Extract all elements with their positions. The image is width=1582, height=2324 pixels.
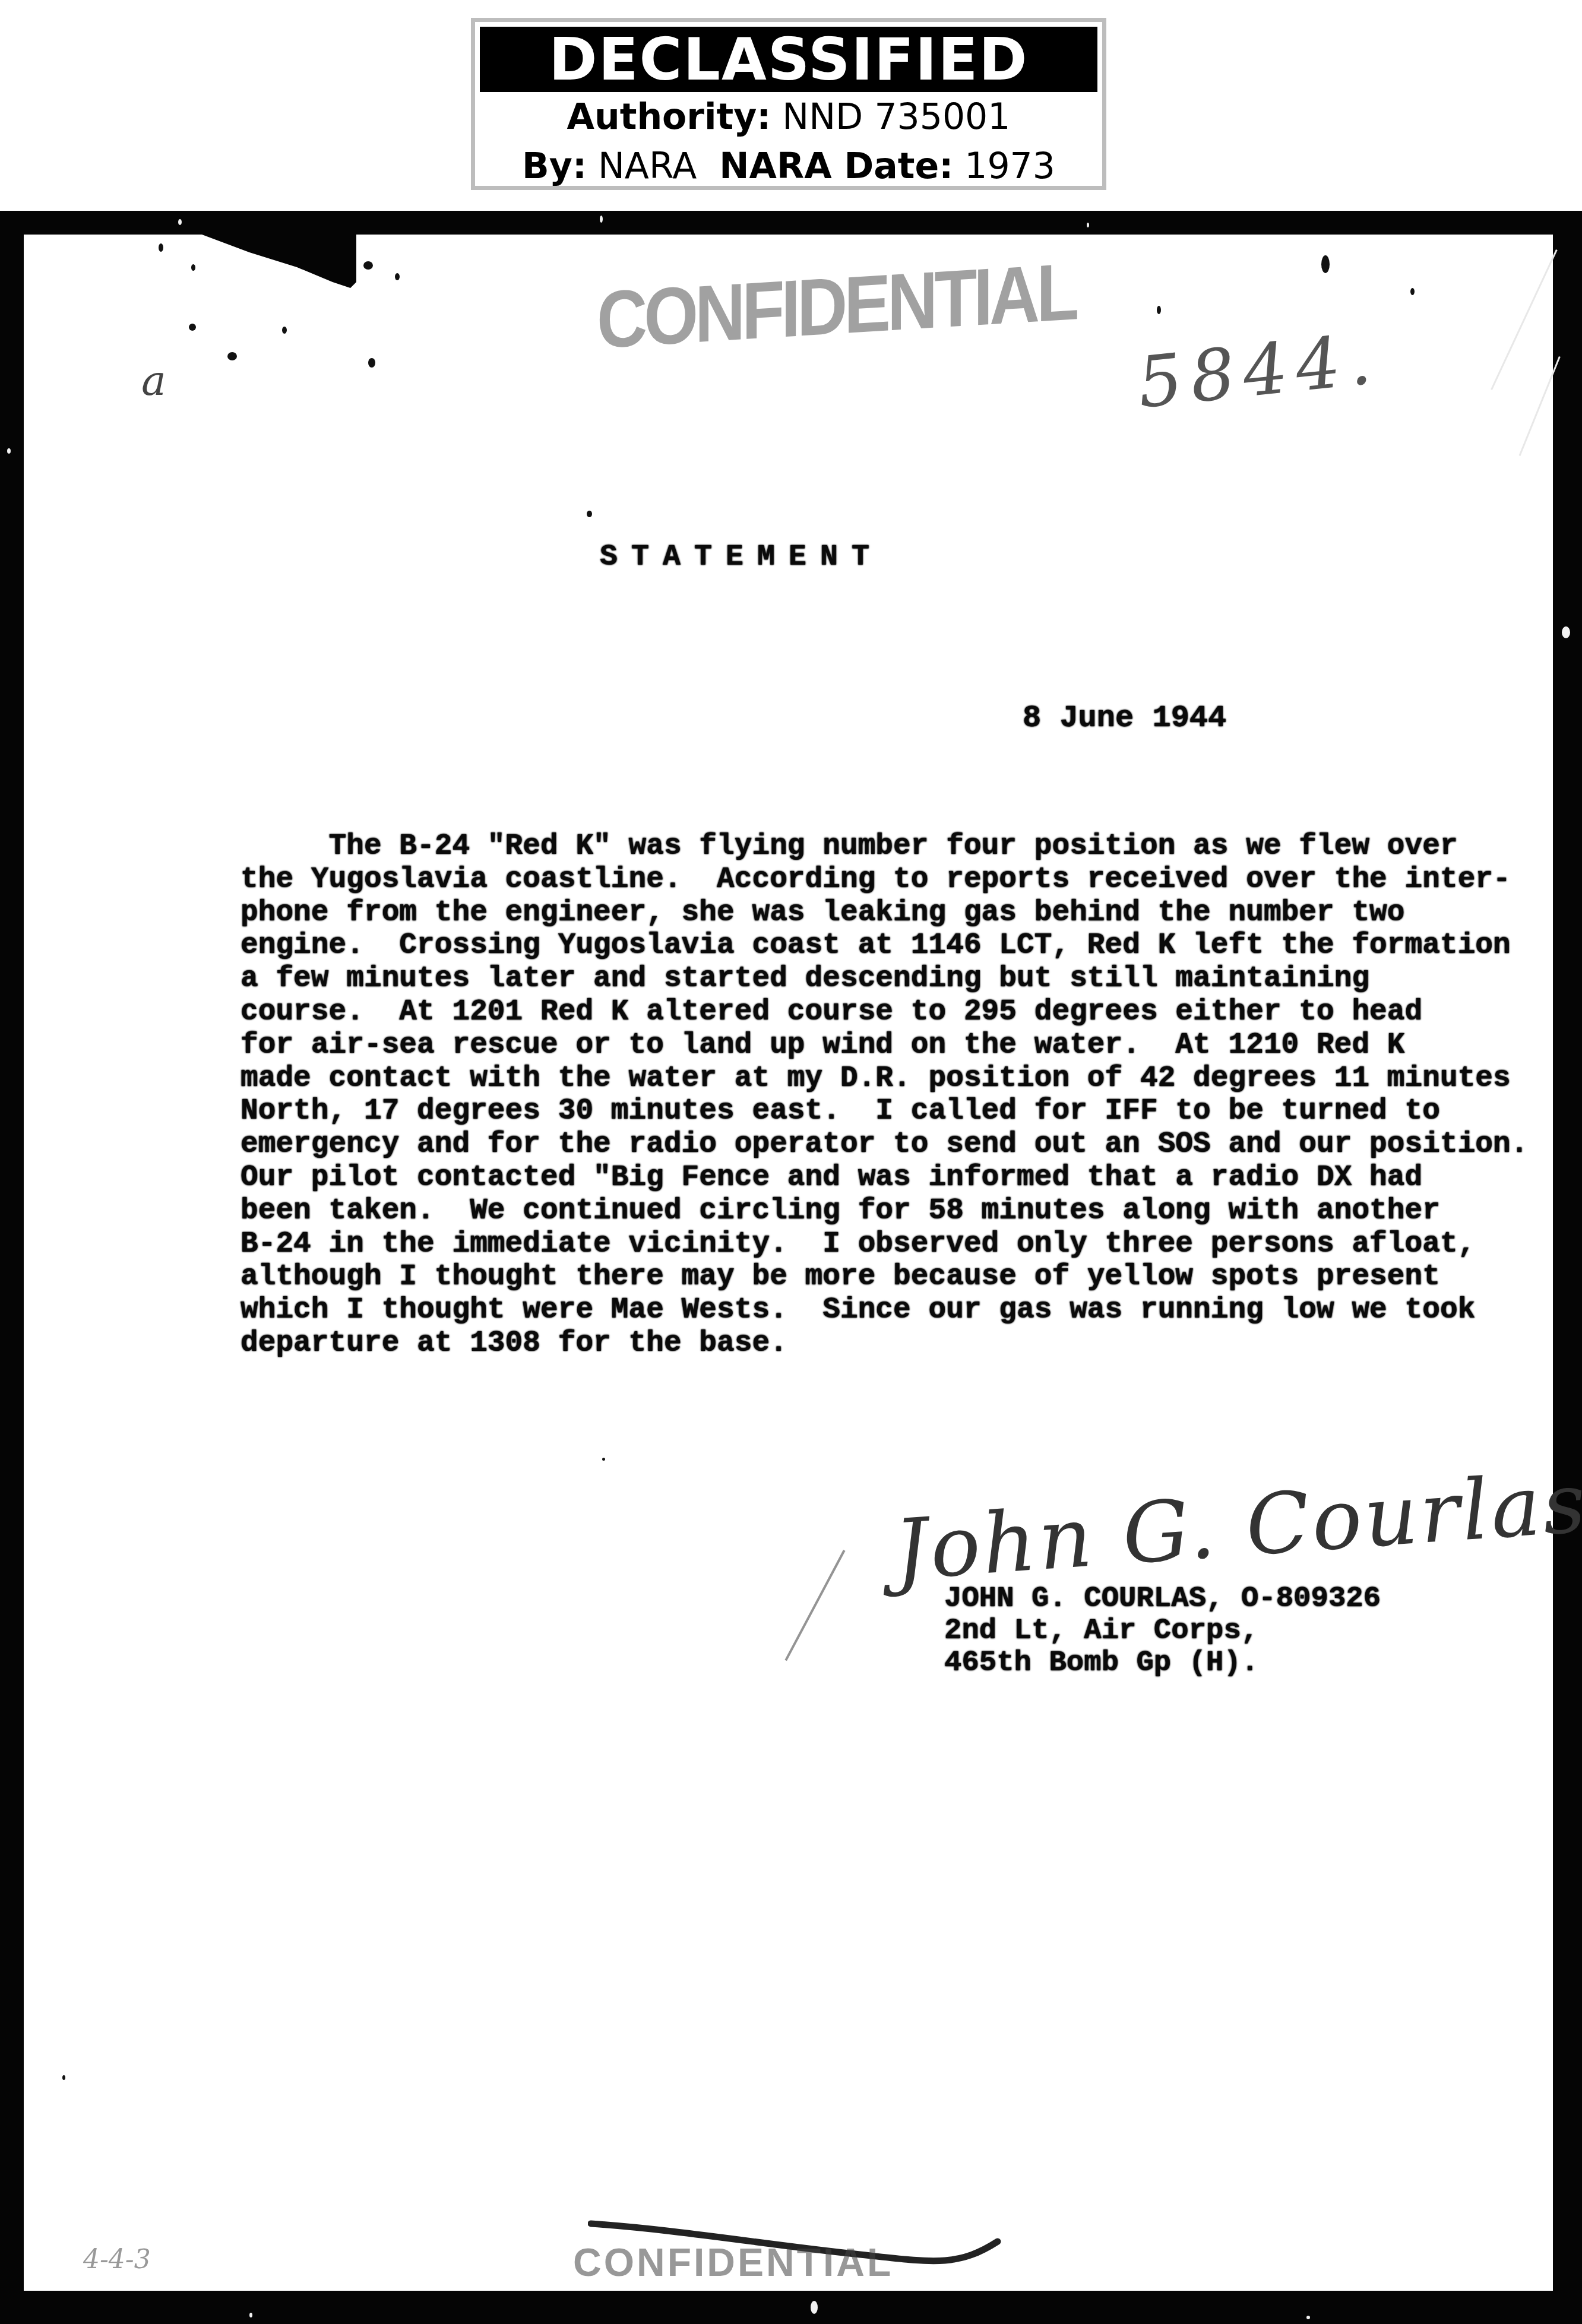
declassified-heading: DECLASSIFIED: [480, 27, 1097, 92]
by-value: NARA: [598, 145, 697, 187]
body-line: been taken. We continued circling for 58…: [241, 1195, 1428, 1228]
body-line: the Yugoslavia coastline. According to r…: [241, 863, 1428, 897]
body-line: departure at 1308 for the base.: [241, 1327, 1428, 1360]
document-date: 8 June 1944: [1023, 701, 1226, 736]
by-label: By:: [522, 145, 587, 187]
speck: [159, 243, 163, 252]
confidential-stamp: CONFIDENTIAL: [597, 258, 953, 362]
body-line: a few minutes later and started descendi…: [241, 962, 1428, 996]
by-line: By: NARA NARA Date: 1973: [475, 145, 1102, 187]
declassification-label: DECLASSIFIED Authority: NND 735001 By: N…: [471, 18, 1106, 190]
body-line: North, 17 degrees 30 minutes east. I cal…: [241, 1095, 1428, 1128]
speck: [368, 358, 375, 368]
body-line: which I thought were Mae Wests. Since ou…: [241, 1294, 1428, 1327]
speck: [189, 324, 196, 331]
torn-corner: [0, 211, 380, 288]
speck: [602, 1458, 605, 1461]
body-line: engine. Crossing Yugoslavia coast at 114…: [241, 929, 1428, 962]
confidential-stamp-bottom: CONFIDENTIAL: [573, 2241, 1001, 2283]
nara-date-value: 1973: [964, 145, 1055, 187]
speck: [1321, 255, 1330, 273]
signer-rank: 2nd Lt, Air Corps,: [944, 1614, 1381, 1647]
body-line: made contact with the water at my D.R. p…: [241, 1062, 1428, 1095]
body-line: B-24 in the immediate vicinity. I observ…: [241, 1228, 1428, 1261]
body-line: phone from the engineer, she was leaking…: [241, 897, 1428, 930]
signer-name: JOHN G. COURLAS, O-809326: [944, 1582, 1381, 1614]
body-line: although I thought there may be more bec…: [241, 1261, 1428, 1294]
signer-block: JOHN G. COURLAS, O-809326 2nd Lt, Air Co…: [944, 1582, 1381, 1679]
nara-date-label: NARA Date:: [719, 145, 953, 187]
handwritten-margin-mark: a: [141, 356, 166, 405]
speck: [587, 511, 592, 517]
authority-label: Authority:: [567, 96, 771, 138]
body-line: for air-sea rescue or to land up wind on…: [241, 1029, 1428, 1062]
signer-unit: 465th Bomb Gp (H).: [944, 1647, 1381, 1679]
authority-line: Authority: NND 735001: [475, 96, 1102, 138]
body-line: Our pilot contacted "Big Fence and was i…: [241, 1161, 1428, 1195]
body-line: emergency and for the radio operator to …: [241, 1128, 1428, 1161]
speck: [395, 273, 400, 280]
body-line: course. At 1201 Red K altered course to …: [241, 996, 1428, 1029]
speck: [227, 352, 237, 360]
statement-body: The B-24 "Red K" was flying number four …: [241, 830, 1428, 1360]
speck: [191, 264, 195, 271]
handwritten-corner-mark: 4-4-3: [83, 2244, 151, 2275]
speck: [1157, 306, 1161, 314]
authority-value: NND 735001: [782, 96, 1010, 138]
document-title: STATEMENT: [600, 540, 883, 574]
speck: [363, 261, 373, 270]
body-line: The B-24 "Red K" was flying number four …: [241, 830, 1428, 863]
speck: [62, 2075, 65, 2080]
speck: [1410, 288, 1415, 295]
speck: [282, 327, 287, 334]
